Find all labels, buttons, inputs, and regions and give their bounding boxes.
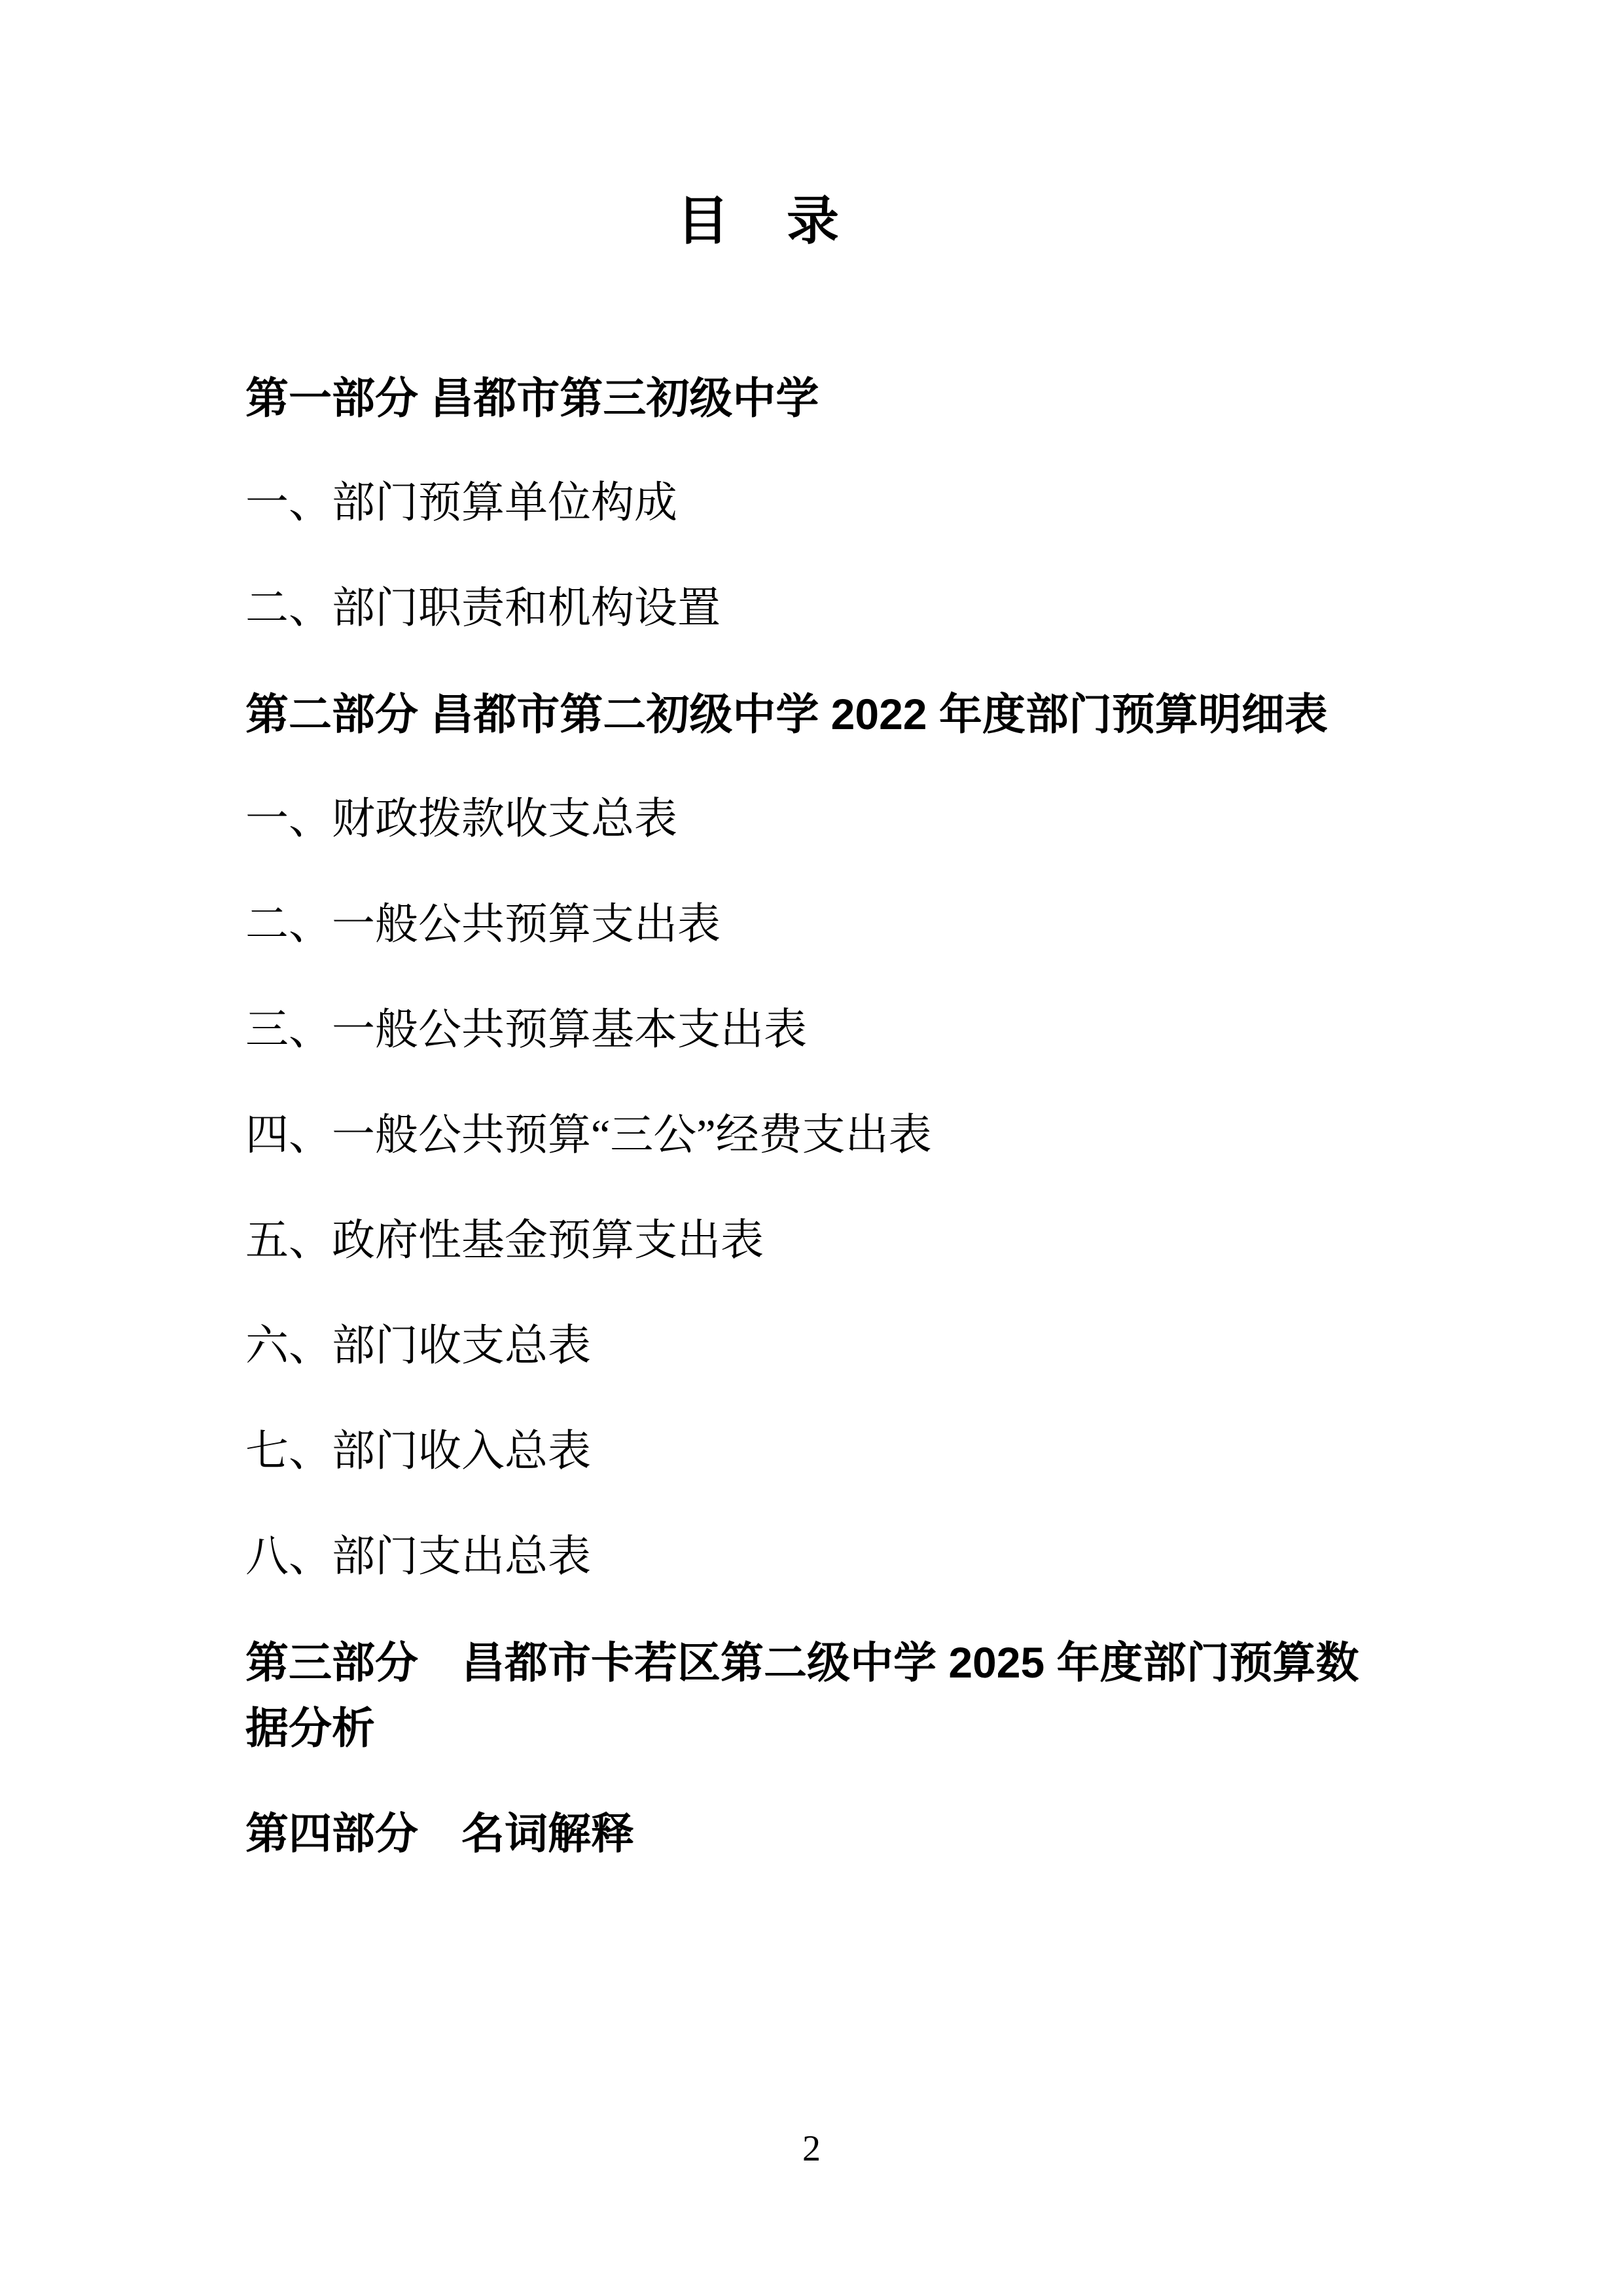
toc-heading-part3: 第三部分 昌都市卡若区第二级中学 2025 年度部门预算数据分析 bbox=[245, 1630, 1378, 1761]
toc-item-part1-1: 一、部门预算单位构成 bbox=[245, 471, 1378, 536]
page-number: 2 bbox=[0, 2129, 1623, 2168]
page-title: 目 录 bbox=[245, 0, 1378, 259]
toc-heading-part2: 第二部分 昌都市第二初级中学 2022 年度部门预算明细表 bbox=[245, 681, 1378, 747]
toc-item-part2-3: 三、一般公共预算基本支出表 bbox=[245, 997, 1378, 1063]
document-page: 目 录 第一部分 昌都市第三初级中学 一、部门预算单位构成 二、部门职责和机构设… bbox=[0, 0, 1623, 2296]
toc-item-part2-8: 八、部门支出总表 bbox=[245, 1524, 1378, 1590]
toc-item-part2-1: 一、财政拨款收支总表 bbox=[245, 787, 1378, 852]
toc-item-part2-5: 五、政府性基金预算支出表 bbox=[245, 1208, 1378, 1274]
toc-item-part1-2: 二、部门职责和机构设置 bbox=[245, 576, 1378, 641]
toc-heading-part4: 第四部分 名词解释 bbox=[245, 1801, 1378, 1866]
toc-heading-part1: 第一部分 昌都市第三初级中学 bbox=[245, 365, 1378, 431]
toc-item-part2-6: 六、部门收支总表 bbox=[245, 1314, 1378, 1379]
toc-item-part2-2: 二、一般公共预算支出表 bbox=[245, 892, 1378, 958]
toc-item-part2-4: 四、一般公共预算“三公”经费支出表 bbox=[245, 1103, 1378, 1168]
toc-heading-part3-line1: 第三部分 昌都市卡若区第二级中学 2025 年度部门预算数 bbox=[245, 1638, 1359, 1687]
toc-content: 目 录 第一部分 昌都市第三初级中学 一、部门预算单位构成 二、部门职责和机构设… bbox=[245, 0, 1378, 1906]
toc-heading-part3-line2: 据分析 bbox=[245, 1704, 375, 1752]
toc-item-part2-7: 七、部门收入总表 bbox=[245, 1419, 1378, 1484]
